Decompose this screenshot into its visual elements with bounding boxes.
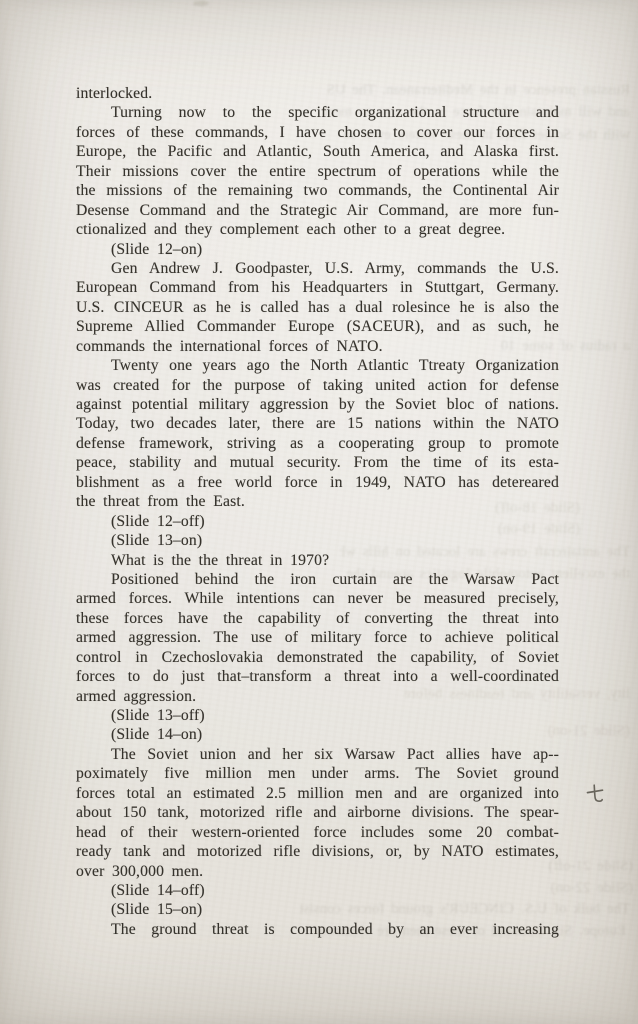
slide-cue-line: (Slide 13–off) bbox=[76, 706, 559, 725]
text-line: interlocked. bbox=[76, 84, 559, 103]
text-line: Europe, the Pacific and Atlantic, South … bbox=[76, 142, 559, 161]
slide-cue-line: (Slide 14–off) bbox=[76, 881, 559, 900]
text-line: ready tank and motorized rifle divisions… bbox=[76, 842, 559, 861]
text-line: armed aggression. bbox=[76, 687, 559, 706]
text-line: over 300,000 men. bbox=[76, 862, 559, 881]
text-line: defense framework, striving as a coopera… bbox=[76, 434, 559, 453]
text-line: armed forces. While intentions can never… bbox=[76, 589, 559, 608]
text-line: peace, stability and mutual security. Fr… bbox=[76, 453, 559, 472]
text-line: Desense Command and the Strategic Air Co… bbox=[76, 201, 559, 220]
text-line: Twenty one years ago the North Atlantic … bbox=[76, 356, 559, 375]
text-line: Supreme Allied Commander Europe (SACEUR)… bbox=[76, 317, 559, 336]
text-line: Gen Andrew J. Goodpaster, U.S. Army, com… bbox=[76, 259, 559, 278]
text-line: The Soviet union and her six Warsaw Pact… bbox=[76, 745, 559, 764]
text-line: Their missions cover the entire spectrum… bbox=[76, 162, 559, 181]
text-line: The ground threat is compounded by an ev… bbox=[76, 920, 559, 939]
scan-smudge bbox=[193, 1, 209, 6]
text-line: armed aggression. The use of military fo… bbox=[76, 628, 559, 647]
cjk-seven-glyph bbox=[586, 784, 604, 804]
text-line: forces of these commands, I have chosen … bbox=[76, 123, 559, 142]
text-line: poximately five million men under arms. … bbox=[76, 764, 559, 783]
text-line: against potential military aggression by… bbox=[76, 395, 559, 414]
slide-cue-line: (Slide 13–on) bbox=[76, 531, 559, 550]
text-line: about 150 tank, motorized rifle and airb… bbox=[76, 803, 559, 822]
text-line: blishment as a free world force in 1949,… bbox=[76, 473, 559, 492]
page-number-margin bbox=[586, 784, 604, 804]
slide-cue-line: (Slide 12–on) bbox=[76, 240, 559, 259]
text-line: the missions of the remaining two comman… bbox=[76, 181, 559, 200]
text-line: forces total an estimated 2.5 million me… bbox=[76, 784, 559, 803]
slide-cue-line: (Slide 12–off) bbox=[76, 512, 559, 531]
document-page: Russian presence in the Mediterranean. T… bbox=[0, 0, 638, 1024]
text-line: U.S. CINCEUR as he is called has a dual … bbox=[76, 298, 559, 317]
text-line: European Command from his Headquarters i… bbox=[76, 278, 559, 297]
text-line: these forces have the capability of conv… bbox=[76, 609, 559, 628]
text-line: ctionalized and they complement each oth… bbox=[76, 220, 559, 239]
text-line: was created for the purpose of taking un… bbox=[76, 376, 559, 395]
text-line: Turning now to the specific organization… bbox=[76, 103, 559, 122]
text-line: the threat from the East. bbox=[76, 492, 559, 511]
text-line: head of their western-oriented force inc… bbox=[76, 823, 559, 842]
slide-cue-line: (Slide 15–on) bbox=[76, 900, 559, 919]
slide-cue-line: (Slide 14–on) bbox=[76, 725, 559, 744]
text-line: What is the the threat in 1970? bbox=[76, 551, 559, 570]
document-lines: interlocked.Turning now to the specific … bbox=[76, 84, 559, 939]
text-line: commands the international forces of NAT… bbox=[76, 337, 559, 356]
text-line: control in Czechoslovakia demonstrated t… bbox=[76, 648, 559, 667]
text-line: Today, two decades later, there are 15 n… bbox=[76, 414, 559, 433]
text-line: Positioned behind the iron curtain are t… bbox=[76, 570, 559, 589]
text-line: forces to do just that–transform a threa… bbox=[76, 667, 559, 686]
